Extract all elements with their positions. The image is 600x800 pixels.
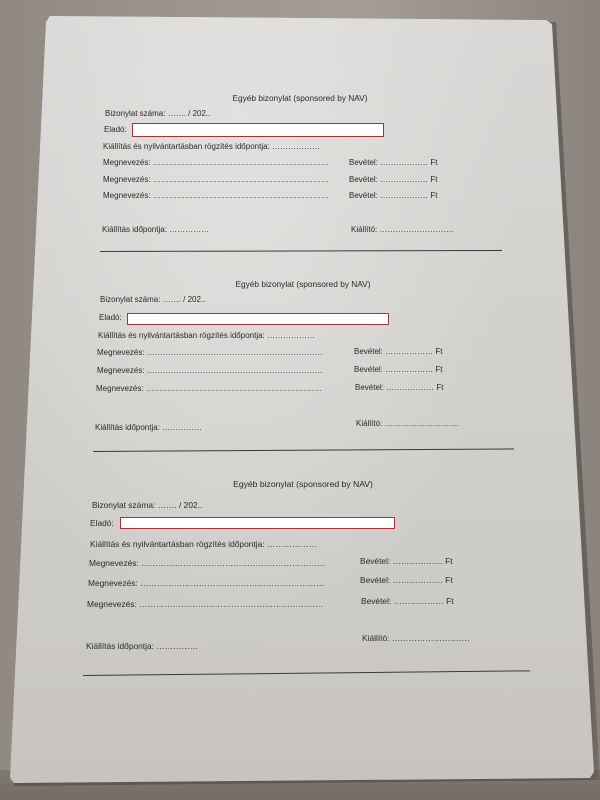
item-income-field: Bevétel: ……………… Ft <box>349 176 437 184</box>
issuer-field: Kiállító: ………………………. <box>362 634 470 642</box>
seller-label: Eladó: <box>90 519 114 527</box>
paper-sheet <box>0 0 600 800</box>
seller-field[interactable] <box>132 123 384 137</box>
item-name-field: Megnevezés: ………………………………………………………… <box>96 385 322 393</box>
receipt-number-field: Bizonylat száma: ……. / 202.. <box>105 110 210 118</box>
item-name-field: Megnevezés: ………………………………………………………… <box>87 600 323 608</box>
issuer-field: Kiállító: ………………………. <box>356 420 459 428</box>
receipt-title: Egyéb bizonylat (sponsored by NAV) <box>233 480 373 489</box>
item-name-field: Megnevezés: ………………………………………………………… <box>97 349 323 357</box>
receipt-title: Egyéb bizonylat (sponsored by NAV) <box>236 280 371 288</box>
issue-record-date-field: Kiállítás és nyilvántartásban rögzítés i… <box>98 332 315 340</box>
seller-label: Eladó: <box>99 314 122 322</box>
item-name-field: Megnevezés: ………………………………………………………… <box>103 176 329 184</box>
item-income-field: Bevétel: ……………… Ft <box>349 192 437 200</box>
item-name-field: Megnevezés: ………………………………………………………… <box>88 579 324 587</box>
item-name-field: Megnevezés: ………………………………………………………… <box>89 559 325 567</box>
item-name-field: Megnevezés: ………………………………………………………… <box>97 367 323 375</box>
receipt-number-field: Bizonylat száma: ……. / 202.. <box>92 501 202 509</box>
issue-record-date-field: Kiállítás és nyilvántartásban rögzítés i… <box>90 540 317 548</box>
issuer-field: Kiállító: ………………………. <box>351 226 454 234</box>
issue-date-field: Kiállítás időpontja: …………… <box>86 642 198 650</box>
item-name-field: Megnevezés: ………………………………………………………… <box>103 192 329 200</box>
item-income-field: Bevétel: ……………… Ft <box>355 384 443 392</box>
item-income-field: Bevétel: ……………… Ft <box>361 597 454 605</box>
item-income-field: Bevétel: ……………… Ft <box>354 366 442 374</box>
issue-date-field: Kiállítás időpontja: …………… <box>102 226 209 234</box>
item-income-field: Bevétel: ……………… Ft <box>354 348 442 356</box>
seller-field[interactable] <box>127 313 389 325</box>
issue-record-date-field: Kiállítás és nyilvántartásban rögzítés i… <box>103 143 320 151</box>
seller-field[interactable] <box>120 517 395 529</box>
item-income-field: Bevétel: ……………… Ft <box>360 557 453 565</box>
item-income-field: Bevétel: ……………… Ft <box>360 576 453 584</box>
receipt-title: Egyéb bizonylat (sponsored by NAV) <box>233 94 368 102</box>
item-name-field: Megnevezés: ………………………………………………………… <box>103 159 329 167</box>
issue-date-field: Kiállítás időpontja: …………… <box>95 424 202 432</box>
receipt-number-field: Bizonylat száma: ……. / 202.. <box>100 296 205 304</box>
item-income-field: Bevétel: ……………… Ft <box>349 159 437 167</box>
seller-label: Eladó: <box>104 126 127 134</box>
